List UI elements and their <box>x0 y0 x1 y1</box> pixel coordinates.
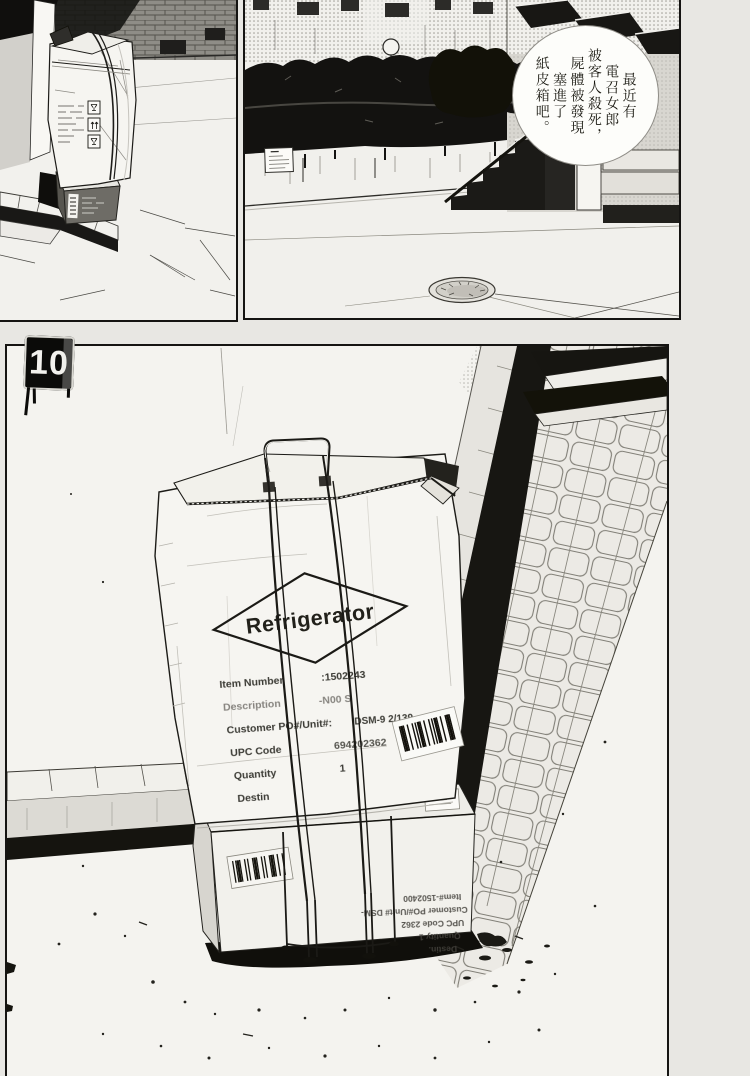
pallet-label-line: Quantity 1 <box>419 931 461 942</box>
label-key: Destin <box>237 791 270 805</box>
pallet-label-line: Destin. <box>429 944 458 955</box>
panel-package: Destin. Quantity 1 UPC Code 2362 Custome… <box>5 344 669 1076</box>
ink-drip <box>67 389 70 398</box>
bubble-line: 被客人殺死， <box>586 35 603 157</box>
street-lamp <box>383 39 399 55</box>
house-number-plate: 10 <box>23 335 75 391</box>
package-front <box>155 454 465 824</box>
pallet-label-line: Item#-1502400 <box>403 892 462 904</box>
this-side-up-icon <box>88 118 100 131</box>
plate-wear-mark <box>62 339 73 389</box>
bubble-line: 屍體被發現 <box>568 35 585 157</box>
speech-bubble-text: 最近有 電召女郎 被客人殺死， 屍體被發現 塞進了 紙皮箱吧。 <box>533 35 637 157</box>
refrigerator-package: Refrigerator Item Number :1502243 Descri… <box>155 439 465 828</box>
tree-canopy <box>429 45 516 117</box>
ink-drip <box>33 388 36 403</box>
bubble-line: 電召女郎 <box>603 35 620 157</box>
panel-alley <box>0 0 238 322</box>
speech-bubble: 最近有 電召女郎 被客人殺死， 屍體被發現 塞進了 紙皮箱吧。 <box>512 25 659 166</box>
alley-tall-box <box>48 26 136 188</box>
bubble-line: 塞進了 <box>551 35 568 157</box>
label-value: -N00 S <box>318 693 351 707</box>
wall-sign <box>265 148 294 173</box>
alley-scene <box>0 0 236 320</box>
package-scene: Destin. Quantity 1 UPC Code 2362 Custome… <box>7 346 667 1076</box>
label-value: 1 <box>339 762 346 774</box>
bubble-line: 紙皮箱吧。 <box>533 35 550 157</box>
bubble-line: 最近有 <box>620 35 637 157</box>
manga-page: 最近有 電召女郎 被客人殺死， 屍體被發現 塞進了 紙皮箱吧。 <box>0 0 750 1076</box>
